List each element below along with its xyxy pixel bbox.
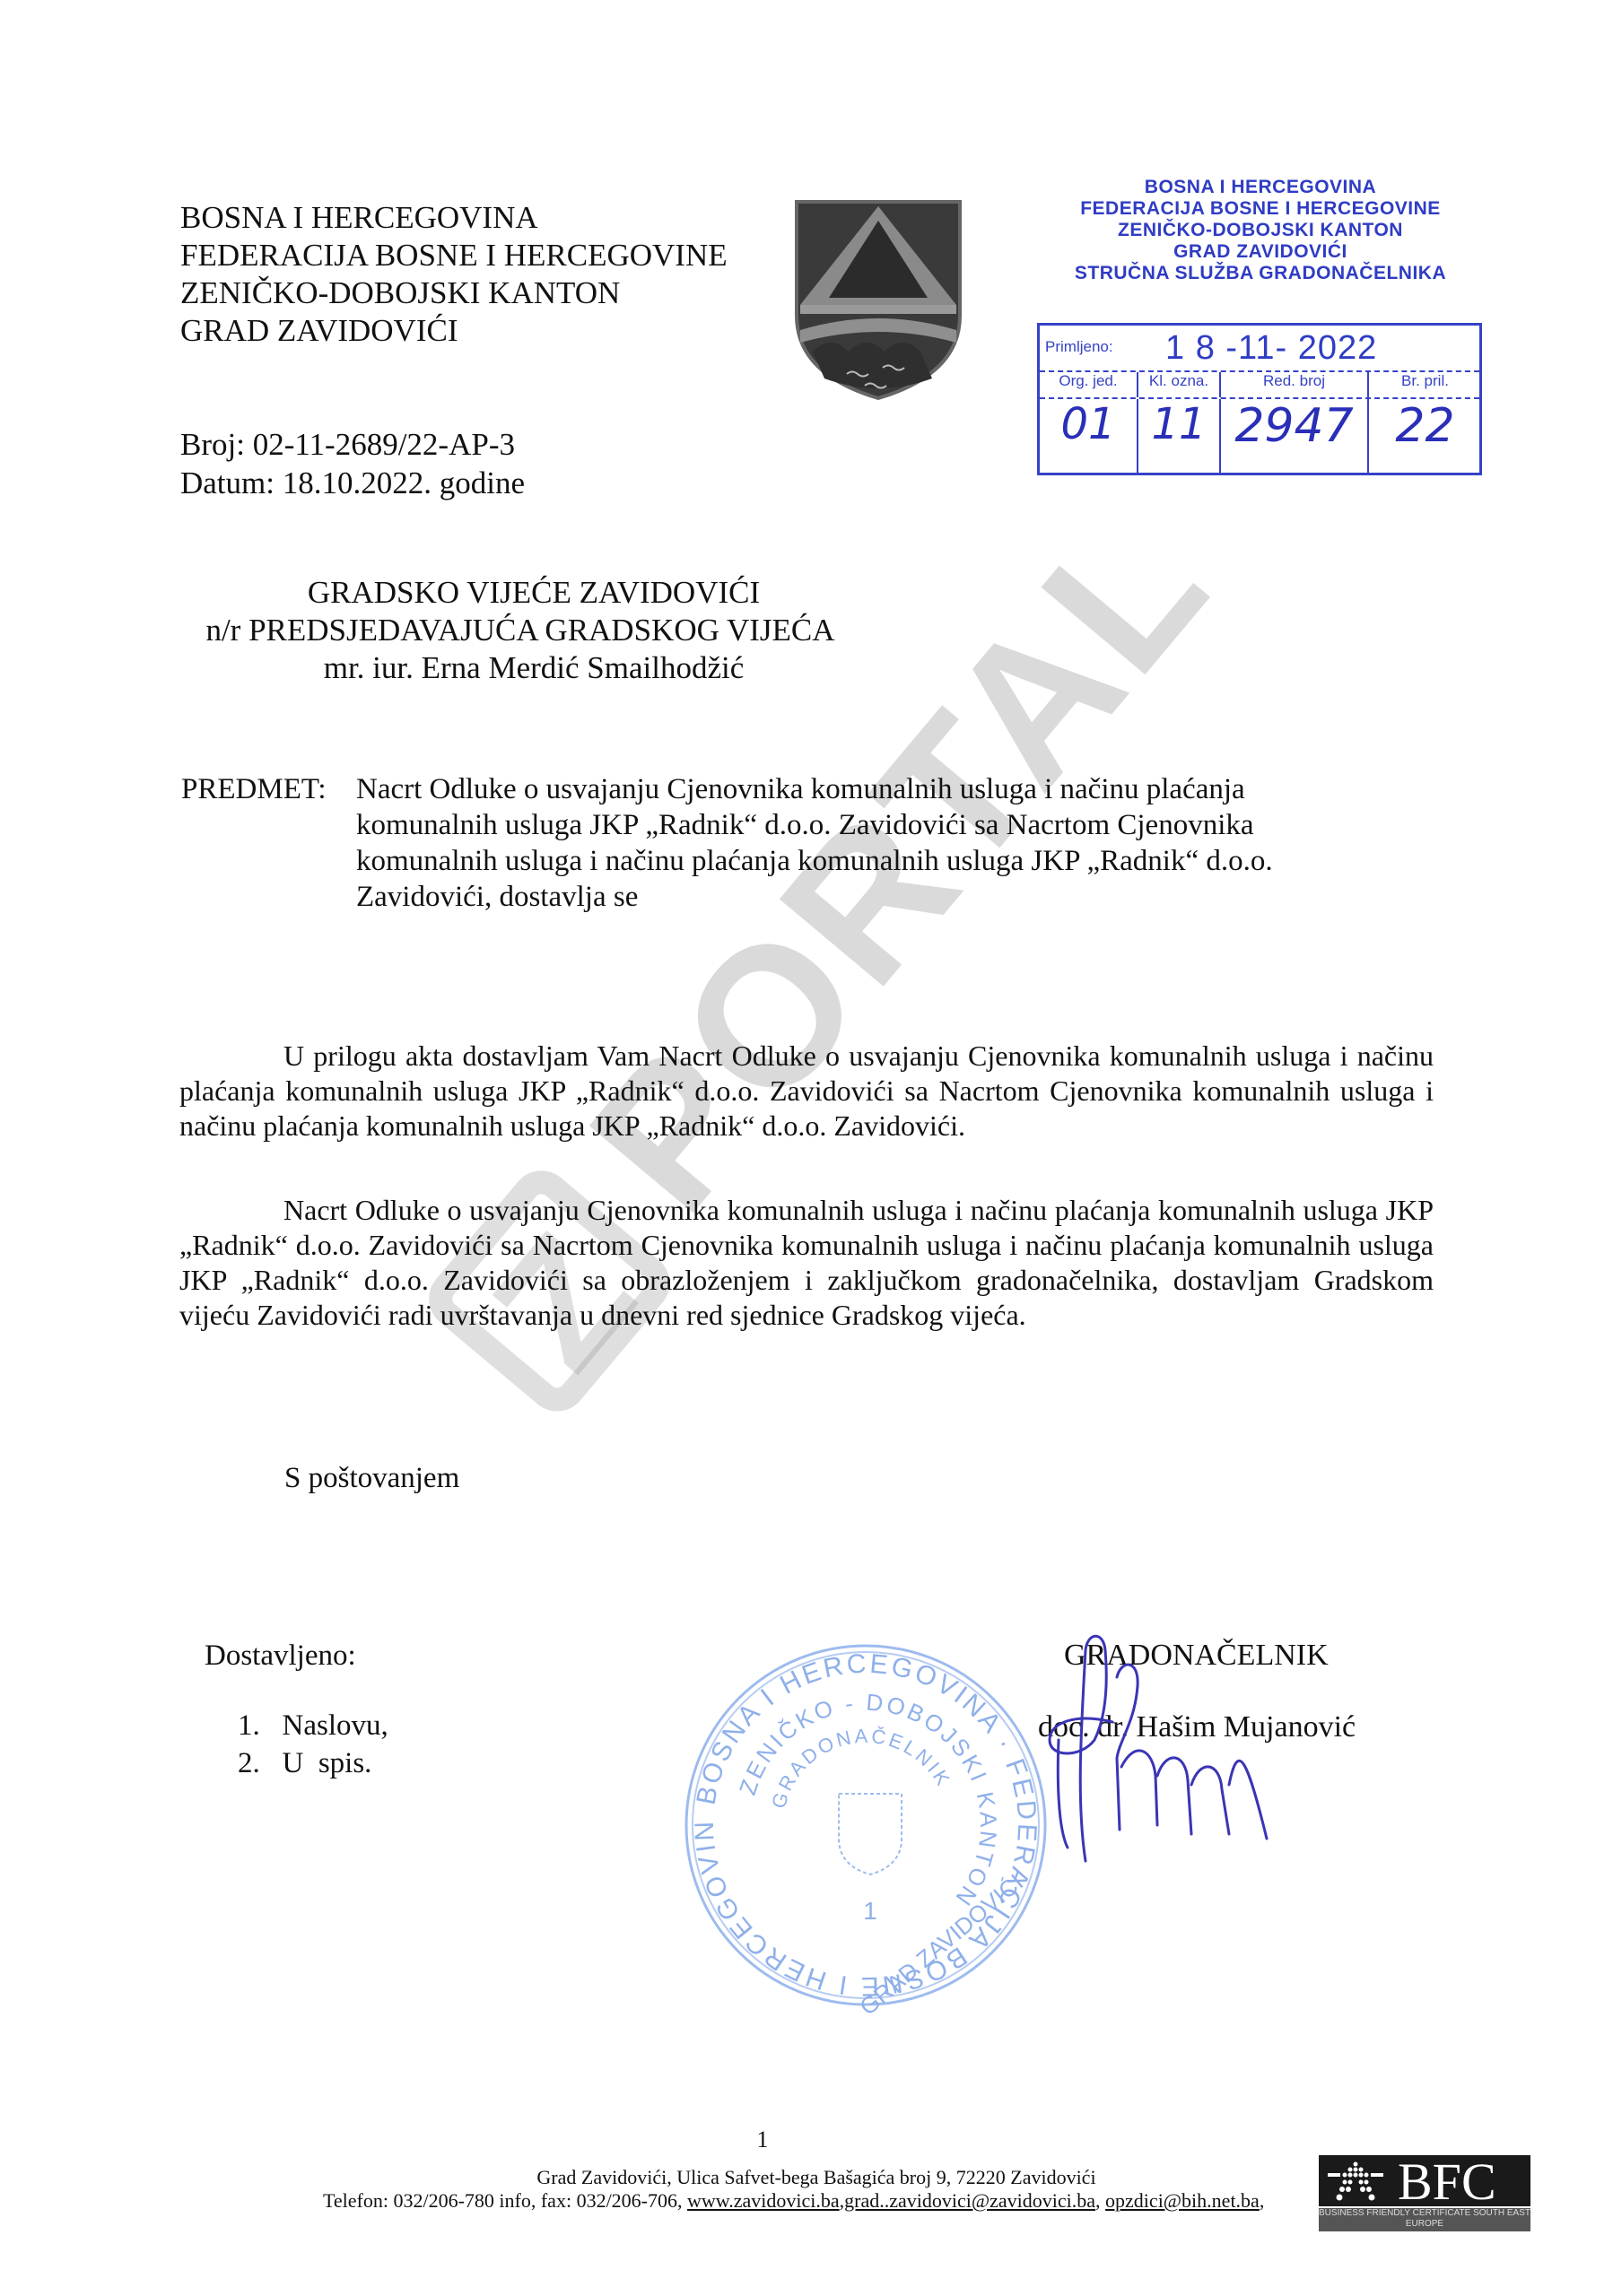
recipient-block: GRADSKO VIJEĆE ZAVIDOVIĆI n/r PREDSJEDAV…	[179, 574, 861, 687]
receipt-stamp-table: Primljeno: 1 8 -11- 2022 Org. jed. Kl. o…	[1037, 323, 1482, 475]
body-paragraph-2: Nacrt Odluke o usvajanju Cjenovnika komu…	[179, 1193, 1434, 1333]
bfc-arrow-icon	[1324, 2161, 1387, 2202]
closing: S poštovanjem	[284, 1459, 459, 1497]
receipt-stamp: BOSNA I HERCEGOVINA FEDERACIJA BOSNE I H…	[1041, 177, 1480, 284]
stamp-values: 01 11 2947 22	[1040, 399, 1479, 473]
coat-of-arms-icon	[793, 199, 963, 401]
serial-number-value: 2947	[1221, 399, 1369, 473]
bfc-caption: BUSINESS FRIENDLY CERTIFICATE SOUTH EAST…	[1319, 2208, 1530, 2231]
received-date: 1 8 -11- 2022	[1165, 329, 1377, 368]
footer-phone-fax: Telefon: 032/206-780 info, fax: 032/206-…	[323, 2189, 687, 2212]
svg-text:1: 1	[863, 1897, 877, 1925]
official-seal: BOSNA I HERCEGOVINA · FEDERACIJA BOSNE I…	[677, 1637, 1054, 2013]
issuer-header: BOSNA I HERCEGOVINA FEDERACIJA BOSNE I H…	[180, 199, 728, 350]
delivery-item: 2. U spis.	[238, 1744, 388, 1782]
subject-text: Nacrt Odluke o usvajanju Cjenovnika komu…	[356, 771, 1487, 915]
col-header: Kl. ozna.	[1138, 372, 1221, 397]
header-line: ZENIČKO-DOBOJSKI KANTON	[180, 274, 728, 312]
delivery-item: 1. Naslovu,	[238, 1707, 388, 1744]
header-line: GRAD ZAVIDOVIĆI	[180, 312, 728, 350]
col-header: Br. pril.	[1369, 372, 1481, 397]
bfc-logo: BFC	[1319, 2155, 1530, 2206]
reference-number: Broj: 02-11-2689/22-AP-3	[180, 426, 515, 464]
stamp-line: ZENIČKO-DOBOJSKI KANTON	[1041, 220, 1480, 241]
stamp-line: FEDERACIJA BOSNE I HERCEGOVINE	[1041, 198, 1480, 220]
class-mark-value: 11	[1138, 399, 1221, 473]
footer-contact: Telefon: 032/206-780 info, fax: 032/206-…	[323, 2188, 1310, 2213]
col-header: Org. jed.	[1040, 372, 1138, 397]
footer-address: Grad Zavidovići, Ulica Safvet-bega Bašag…	[440, 2165, 1193, 2190]
recipient-name: mr. iur. Erna Merdić Smailhodžić	[179, 649, 861, 687]
header-line: FEDERACIJA BOSNE I HERCEGOVINE	[180, 237, 728, 274]
subject-line: komunalnih usluga JKP „Radnik“ d.o.o. Za…	[356, 807, 1487, 843]
stamp-line: STRUČNA SLUŽBA GRADONAČELNIKA	[1041, 263, 1480, 284]
delivery-list: 1. Naslovu, 2. U spis.	[238, 1707, 388, 1782]
stamp-line: BOSNA I HERCEGOVINA	[1041, 177, 1480, 198]
subject-line: Nacrt Odluke o usvajanju Cjenovnika komu…	[356, 771, 1487, 807]
website-link[interactable]: www.zavidovici.ba	[687, 2189, 840, 2212]
stamp-column-headers: Org. jed. Kl. ozna. Red. broj Br. pril.	[1040, 372, 1479, 399]
page-number: 1	[718, 2127, 807, 2152]
body-paragraph-1: U prilogu akta dostavljam Vam Nacrt Odlu…	[179, 1039, 1434, 1144]
subject-line: Zavidovići, dostavlja se	[356, 879, 1487, 915]
recipient-org: GRADSKO VIJEĆE ZAVIDOVIĆI	[179, 574, 861, 612]
header-line: BOSNA I HERCEGOVINA	[180, 199, 728, 237]
delivery-label: Dostavljeno:	[205, 1637, 356, 1674]
bfc-text: BFC	[1398, 2152, 1496, 2212]
recipient-attention: n/r PREDSJEDAVAJUĆA GRADSKOG VIJEĆA	[179, 612, 861, 649]
subject-label: PREDMET:	[181, 771, 327, 807]
org-unit-value: 01	[1040, 399, 1138, 473]
stamp-line: GRAD ZAVIDOVIĆI	[1041, 241, 1480, 263]
handwritten-signature-icon	[1032, 1623, 1301, 1865]
attachment-count-value: 22	[1369, 399, 1481, 473]
received-row: Primljeno: 1 8 -11- 2022	[1040, 326, 1479, 372]
document-date: Datum: 18.10.2022. godine	[180, 465, 525, 502]
received-label: Primljeno:	[1045, 338, 1113, 356]
email-link-grad[interactable]: grad..zavidovici@zavidovici.ba	[844, 2189, 1095, 2212]
subject-line: komunalnih usluga i načinu plaćanja komu…	[356, 843, 1487, 879]
col-header: Red. broj	[1221, 372, 1369, 397]
email-link-opzdici[interactable]: opzdici@bih.net.ba	[1105, 2189, 1260, 2212]
